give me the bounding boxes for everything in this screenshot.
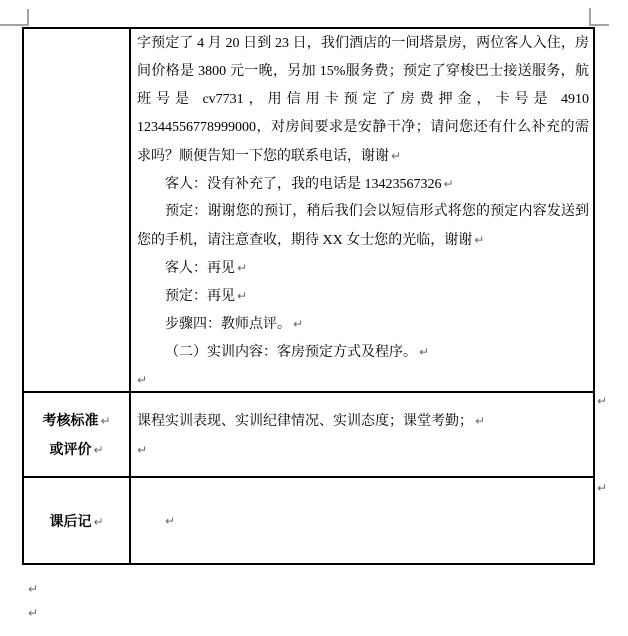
text-line: 间价格是 3800 元一晚，另加 15%服务费；预定了穿梭巴士接送服务，航 (137, 58, 589, 86)
text-line: 步骤四：教师点评。↵ (137, 310, 589, 338)
paragraph-mark-icon: ↵ (444, 177, 454, 191)
row1-label-cell (24, 29, 131, 393)
text-line: 客人：没有补充了，我的电话是 13423567326↵ (137, 170, 589, 198)
paragraph-mark-icon: ↵ (100, 414, 110, 428)
paragraph-mark-icon: ↵ (474, 233, 484, 247)
text-line: 客人：再见↵ (137, 254, 589, 282)
line-text: 预定：再见 (165, 289, 235, 304)
line-text: 您的手机，请注意查收，期待 XX 女士您的光临，谢谢 (137, 233, 472, 248)
assessment-label-cell: 考核标准↵ 或评价↵ (24, 393, 131, 478)
text-line: 预定：谢谢您的预订，稍后我们会以短信形式将您的预定内容发送到 (137, 198, 589, 226)
paragraph-mark-icon: ↵ (475, 414, 485, 428)
label-text: 课后记 (49, 515, 91, 530)
assessment-content-cell: 课程实训表现、实训纪律情况、实训态度；课堂考勤；↵ ↵ (131, 393, 593, 478)
document-page: 字预定了 4 月 20 日到 23 日，我们酒店的一间塔景房，两位客人入住，房 … (0, 0, 628, 636)
line-text: 客人：没有补充了，我的电话是 13423567326 (165, 177, 442, 192)
paragraph-mark-icon: ↵ (391, 149, 401, 163)
top-right-crop-mark-icon (589, 24, 609, 26)
afterclass-label-cell: 课后记↵ (24, 478, 131, 563)
row-end-mark-icon: ↵ (597, 481, 607, 495)
line-text: 课程实训表现、实训纪律情况、实训态度；课堂考勤； (137, 414, 473, 429)
paragraph-mark-icon: ↵ (237, 289, 247, 303)
afterclass-label: 课后记↵ (49, 511, 103, 531)
text-line: 求吗？顺便告知一下您的联系电话，谢谢↵ (137, 142, 589, 170)
paragraph-mark-icon: ↵ (237, 261, 247, 275)
label-text: 或评价 (49, 443, 91, 458)
text-line: 字预定了 4 月 20 日到 23 日，我们酒店的一间塔景房，两位客人入住，房 (137, 30, 589, 58)
paragraph-mark-icon: ↵ (28, 606, 38, 620)
paragraph-mark-icon: ↵ (137, 373, 147, 387)
training-content-cell: 字预定了 4 月 20 日到 23 日，我们酒店的一间塔景房，两位客人入住，房 … (131, 29, 593, 393)
top-left-crop-mark-icon (27, 9, 29, 26)
assessment-label-line1: 考核标准↵ (42, 407, 110, 436)
text-line: ↵ (137, 436, 589, 465)
line-text: 客人：再见 (165, 261, 235, 276)
paragraph-mark-icon: ↵ (28, 582, 38, 596)
row-end-mark-icon: ↵ (597, 394, 607, 408)
paragraph-mark-icon: ↵ (93, 515, 103, 529)
paragraph-mark-icon: ↵ (93, 443, 103, 457)
text-line: （二）实训内容：客房预定方式及程序。↵ (137, 338, 589, 366)
text-line: 您的手机，请注意查收，期待 XX 女士您的光临，谢谢↵ (137, 226, 589, 254)
top-left-crop-mark-icon (0, 24, 29, 26)
text-line: 班号是 cv7731，用信用卡预定了房费押金，卡号是 4910 (137, 86, 589, 114)
afterclass-content-cell: ↵ (131, 478, 593, 563)
paragraph-mark-icon: ↵ (293, 317, 303, 331)
assessment-label-line2: 或评价↵ (49, 436, 103, 465)
text-line: 课程实训表现、实训纪律情况、实训态度；课堂考勤；↵ (137, 407, 589, 436)
paragraph-mark-icon: ↵ (137, 443, 147, 457)
label-text: 考核标准 (42, 414, 98, 429)
text-line: 预定：再见↵ (137, 282, 589, 310)
line-text: （二）实训内容：客房预定方式及程序。 (165, 345, 417, 360)
line-text: 步骤四：教师点评。 (165, 317, 291, 332)
line-text: 求吗？顺便告知一下您的联系电话，谢谢 (137, 149, 389, 164)
paragraph-mark-icon: ↵ (419, 345, 429, 359)
text-line: ↵ (137, 366, 589, 393)
paragraph-mark-icon: ↵ (165, 514, 175, 528)
lesson-plan-table: 字预定了 4 月 20 日到 23 日，我们酒店的一间塔景房，两位客人入住，房 … (22, 27, 595, 565)
text-line: 12344556778999000，对房间要求是安静干净；请问您还有什么补充的需 (137, 114, 589, 142)
